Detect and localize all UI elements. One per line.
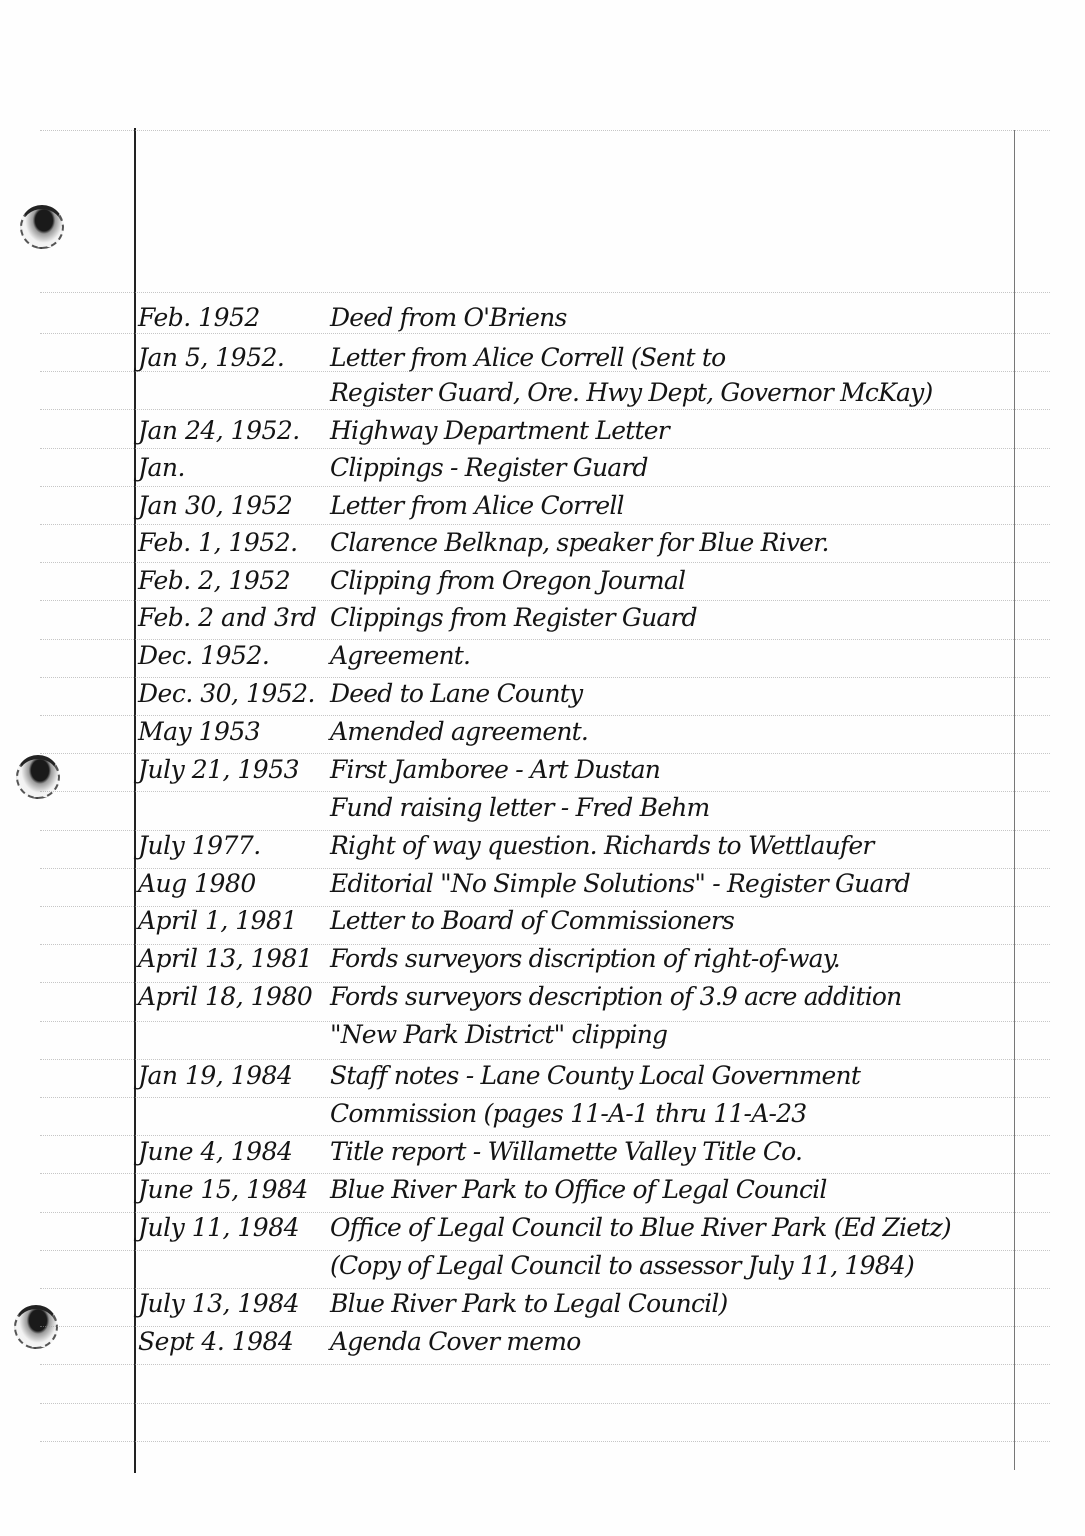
list-item: Dec. 30, 1952. Deed to Lane County: [0, 676, 1085, 712]
list-item: Aug 1980 Editorial "No Simple Solutions"…: [0, 866, 1085, 902]
entry-date: Jan 30, 1952: [138, 488, 292, 524]
entry-description: Letter from Alice Correll: [330, 488, 624, 524]
entry-description: (Copy of Legal Council to assessor July …: [330, 1248, 914, 1284]
entry-date: Feb. 2 and 3rd: [138, 600, 316, 636]
entry-date: July 21, 1953: [138, 752, 299, 788]
entry-date: July 13, 1984: [138, 1286, 299, 1322]
entry-date: Feb. 2, 1952: [138, 563, 290, 599]
list-item: July 13, 1984 Blue River Park to Legal C…: [0, 1286, 1085, 1322]
list-item: Commission (pages 11-A-1 thru 11-A-23: [0, 1096, 1085, 1132]
entry-date: April 13, 1981: [138, 941, 312, 977]
notebook-page: Feb. 1952 Deed from O'Briens Jan 5, 1952…: [0, 0, 1085, 1536]
entry-date: May 1953: [138, 714, 260, 750]
entry-description: Register Guard, Ore. Hwy Dept, Governor …: [330, 375, 932, 411]
entry-description: Commission (pages 11-A-1 thru 11-A-23: [330, 1096, 806, 1132]
entry-date: Dec. 30, 1952.: [138, 676, 315, 712]
entry-description: Office of Legal Council to Blue River Pa…: [330, 1210, 951, 1246]
list-item: Fund raising letter - Fred Behm: [0, 790, 1085, 826]
entry-description: Editorial "No Simple Solutions" - Regist…: [330, 866, 910, 902]
entry-description: Clarence Belknap, speaker for Blue River…: [330, 525, 829, 561]
entry-description: Blue River Park to Legal Council): [330, 1286, 728, 1322]
entry-description: Letter to Board of Commissioners: [330, 903, 734, 939]
list-item: (Copy of Legal Council to assessor July …: [0, 1248, 1085, 1284]
list-item: Jan 24, 1952. Highway Department Letter: [0, 413, 1085, 449]
entry-date: Jan 5, 1952.: [138, 340, 284, 376]
list-item: "New Park District" clipping: [0, 1017, 1085, 1053]
entry-description: Agenda Cover memo: [330, 1324, 580, 1360]
entry-description: Fund raising letter - Fred Behm: [330, 790, 709, 826]
entry-description: Blue River Park to Office of Legal Counc…: [330, 1172, 827, 1208]
entry-date: Dec. 1952.: [138, 638, 269, 674]
list-item: July 21, 1953 First Jamboree - Art Dusta…: [0, 752, 1085, 788]
list-item: Jan 5, 1952. Letter from Alice Correll (…: [0, 340, 1085, 376]
entry-date: July 1977.: [138, 828, 261, 864]
entry-description: Deed to Lane County: [330, 676, 582, 712]
list-item: Feb. 2, 1952 Clipping from Oregon Journa…: [0, 563, 1085, 599]
list-item: Feb. 1952 Deed from O'Briens: [0, 300, 1085, 336]
list-item: July 11, 1984 Office of Legal Council to…: [0, 1210, 1085, 1246]
entry-date: Jan.: [138, 450, 185, 486]
entry-date: July 11, 1984: [138, 1210, 299, 1246]
chronology-list: Feb. 1952 Deed from O'Briens Jan 5, 1952…: [0, 0, 1085, 1536]
entry-date: April 18, 1980: [138, 979, 312, 1015]
entry-description: Agreement.: [330, 638, 470, 674]
list-item: Dec. 1952. Agreement.: [0, 638, 1085, 674]
entry-date: Feb. 1, 1952.: [138, 525, 298, 561]
entry-date: Jan 24, 1952.: [138, 413, 300, 449]
entry-date: Aug 1980: [138, 866, 256, 902]
list-item: Feb. 1, 1952. Clarence Belknap, speaker …: [0, 525, 1085, 561]
entry-description: Clippings - Register Guard: [330, 450, 648, 486]
list-item: June 4, 1984 Title report - Willamette V…: [0, 1134, 1085, 1170]
entry-description: Fords surveyors description of 3.9 acre …: [330, 979, 901, 1015]
entry-date: April 1, 1981: [138, 903, 297, 939]
list-item: June 15, 1984 Blue River Park to Office …: [0, 1172, 1085, 1208]
list-item: Jan. Clippings - Register Guard: [0, 450, 1085, 486]
list-item: Jan 30, 1952 Letter from Alice Correll: [0, 488, 1085, 524]
entry-description: Letter from Alice Correll (Sent to: [330, 340, 725, 376]
list-item: Jan 19, 1984 Staff notes - Lane County L…: [0, 1058, 1085, 1094]
entry-date: Sept 4. 1984: [138, 1324, 293, 1360]
entry-description: Title report - Willamette Valley Title C…: [330, 1134, 802, 1170]
entry-description: Amended agreement.: [330, 714, 588, 750]
entry-description: Deed from O'Briens: [330, 300, 567, 336]
entry-description: Fords surveyors discription of right-of-…: [330, 941, 840, 977]
list-item: May 1953 Amended agreement.: [0, 714, 1085, 750]
entry-description: Staff notes - Lane County Local Governme…: [330, 1058, 860, 1094]
list-item: April 13, 1981 Fords surveyors discripti…: [0, 941, 1085, 977]
list-item: Feb. 2 and 3rd Clippings from Register G…: [0, 600, 1085, 636]
entry-date: Feb. 1952: [138, 300, 260, 336]
entry-date: June 15, 1984: [138, 1172, 308, 1208]
entry-description: "New Park District" clipping: [330, 1017, 667, 1053]
entry-date: Jan 19, 1984: [138, 1058, 292, 1094]
entry-description: Right of way question. Richards to Wettl…: [330, 828, 874, 864]
entry-description: First Jamboree - Art Dustan: [330, 752, 660, 788]
list-item: Sept 4. 1984 Agenda Cover memo: [0, 1324, 1085, 1360]
entry-description: Highway Department Letter: [330, 413, 669, 449]
list-item: Register Guard, Ore. Hwy Dept, Governor …: [0, 375, 1085, 411]
list-item: July 1977. Right of way question. Richar…: [0, 828, 1085, 864]
entry-description: Clippings from Register Guard: [330, 600, 697, 636]
entry-date: June 4, 1984: [138, 1134, 292, 1170]
list-item: April 1, 1981 Letter to Board of Commiss…: [0, 903, 1085, 939]
entry-description: Clipping from Oregon Journal: [330, 563, 685, 599]
list-item: April 18, 1980 Fords surveyors descripti…: [0, 979, 1085, 1015]
